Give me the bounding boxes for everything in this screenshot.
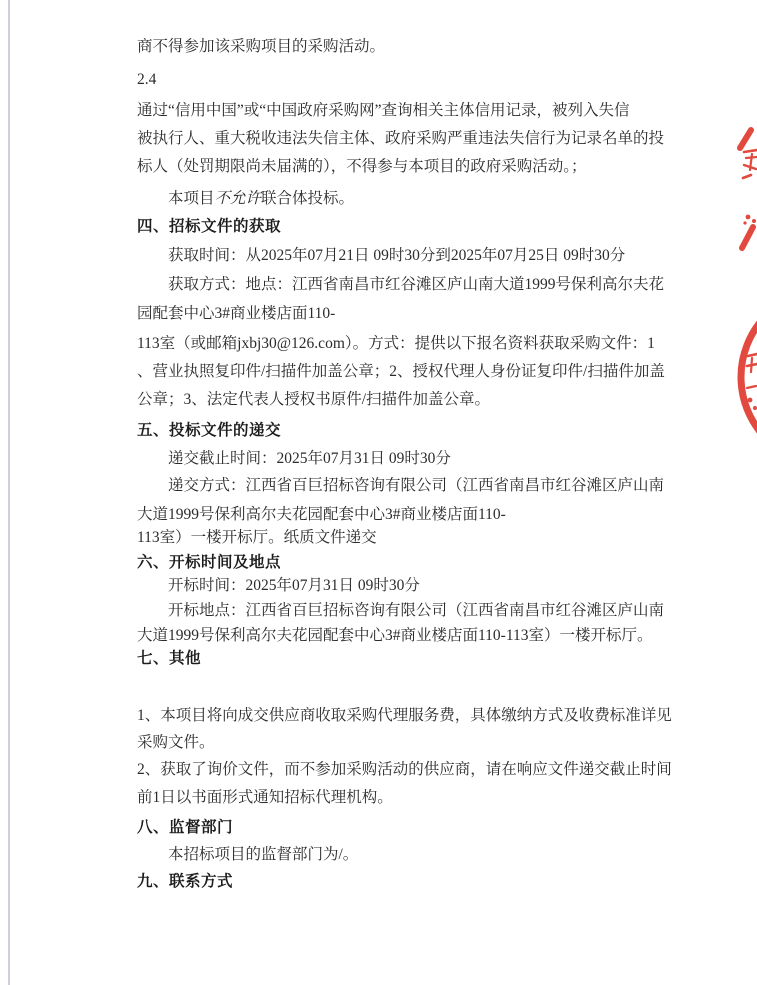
text-segment: 公章；3、法定代表人授权书原件/扫描件加盖公章。 xyxy=(137,391,490,408)
section-heading: 四、招标文件的获取 xyxy=(137,213,669,240)
text-segment: 、营业执照复印件/扫描件加盖公章；2、授权代理人身份证复印件/扫描件加盖 xyxy=(137,363,665,380)
text-segment: 七、其他 xyxy=(137,650,201,667)
text-segment: 前1日以书面形式通知招标代理机构。 xyxy=(137,789,393,806)
text-segment: 2、获取了询价文件，而不参加采购活动的供应商，请在响应文件递交截止时间 xyxy=(137,761,672,778)
document-line: 113室（或邮箱jxbj30@126.com）。方式：提供以下报名资料获取采购文… xyxy=(137,330,669,357)
text-segment: 本项目 xyxy=(168,190,215,207)
document-line: 通过“信用中国”或“中国政府采购网”查询相关主体信用记录，被列入失信 xyxy=(137,97,669,124)
text-segment: 不允许 xyxy=(215,190,262,207)
document-line: 前1日以书面形式通知招标代理机构。 xyxy=(137,784,669,811)
document-line: 园配套中心3#商业楼店面110- xyxy=(137,300,669,327)
document-line: 商不得参加该采购项目的采购活动。 xyxy=(137,33,669,60)
text-segment: 获取方式：地点：江西省南昌市红谷滩区庐山南大道1999号保利高尔夫花 xyxy=(168,276,664,293)
document-line: 大道1999号保利高尔夫花园配套中心3#商业楼店面110-113室）一楼开标厅。 xyxy=(137,622,669,649)
section-heading: 九、联系方式 xyxy=(137,868,669,895)
text-segment: 开标时间：2025年07月31日 09时30分 xyxy=(168,577,420,594)
scan-edge-line xyxy=(8,0,10,985)
text-segment: 六、开标时间及地点 xyxy=(137,554,281,571)
document-line: 采购文件。 xyxy=(137,729,669,756)
document-line: 被执行人、重大税收违法失信主体、政府采购严重违法失信行为记录名单的投 xyxy=(137,125,669,152)
document-line: 、营业执照复印件/扫描件加盖公章；2、授权代理人身份证复印件/扫描件加盖 xyxy=(137,358,669,385)
text-segment: 大道1999号保利高尔夫花园配套中心3#商业楼店面110- xyxy=(137,506,506,523)
text-segment: 获取时间：从2025年07月21日 09时30分到2025年07月25日 09时… xyxy=(168,247,625,264)
section-heading: 七、其他 xyxy=(137,645,669,672)
document-line: 获取方式：地点：江西省南昌市红谷滩区庐山南大道1999号保利高尔夫花 xyxy=(137,271,669,298)
document-line: 开标时间：2025年07月31日 09时30分 xyxy=(137,572,669,599)
text-segment: 四、招标文件的获取 xyxy=(137,218,281,235)
document-line: 获取时间：从2025年07月21日 09时30分到2025年07月25日 09时… xyxy=(137,242,669,269)
document-line: 1、本项目将向成交供应商收取采购代理服务费，具体缴纳方式及收费标准详见 xyxy=(137,702,669,729)
text-segment: 采购文件。 xyxy=(137,734,215,751)
text-segment: 八、监督部门 xyxy=(137,819,233,836)
text-segment: 1、本项目将向成交供应商收取采购代理服务费，具体缴纳方式及收费标准详见 xyxy=(137,707,672,724)
document-line: 递交方式：江西省百巨招标咨询有限公司（江西省南昌市红谷滩区庐山南 xyxy=(137,472,669,499)
document-line: 公章；3、法定代表人授权书原件/扫描件加盖公章。 xyxy=(137,386,669,413)
section-heading: 八、监督部门 xyxy=(137,814,669,841)
text-segment: 递交方式：江西省百巨招标咨询有限公司（江西省南昌市红谷滩区庐山南 xyxy=(168,477,664,494)
seal-stamp-top-icon xyxy=(740,130,757,248)
text-segment: 113室（或邮箱jxbj30@126.com）。方式：提供以下报名资料获取采购文… xyxy=(137,335,655,352)
document-line: 2、获取了询价文件，而不参加采购活动的供应商，请在响应文件递交截止时间 xyxy=(137,756,669,783)
text-segment: 递交截止时间：2025年07月31日 09时30分 xyxy=(168,450,451,467)
document-content: 商不得参加该采购项目的采购活动。2.4通过“信用中国”或“中国政府采购网”查询相… xyxy=(137,33,669,895)
seal-stamp-bottom-icon xyxy=(741,289,757,465)
scanned-document-page: 商不得参加该采购项目的采购活动。2.4通过“信用中国”或“中国政府采购网”查询相… xyxy=(0,0,757,985)
text-segment: 商不得参加该采购项目的采购活动。 xyxy=(137,38,385,55)
text-segment: 2.4 xyxy=(137,71,156,88)
text-segment: 大道1999号保利高尔夫花园配套中心3#商业楼店面110-113室）一楼开标厅。 xyxy=(137,627,653,644)
text-segment: 本招标项目的监督部门为/。 xyxy=(168,846,358,863)
text-segment: 开标地点：江西省百巨招标咨询有限公司（江西省南昌市红谷滩区庐山南 xyxy=(168,602,664,619)
document-line: 标人（处罚期限尚未届满的），不得参与本项目的政府采购活动。； xyxy=(137,153,669,180)
document-line: 本项目不允许联合体投标。 xyxy=(137,185,669,212)
text-segment: 通过“信用中国”或“中国政府采购网”查询相关主体信用记录，被列入失信 xyxy=(137,102,630,119)
document-line: 递交截止时间：2025年07月31日 09时30分 xyxy=(137,445,669,472)
document-line: 开标地点：江西省百巨招标咨询有限公司（江西省南昌市红谷滩区庐山南 xyxy=(137,597,669,624)
document-line: 113室）一楼开标厅。纸质文件递交 xyxy=(137,524,669,551)
text-segment: 联合体投标。 xyxy=(261,190,354,207)
text-segment: 113室）一楼开标厅。纸质文件递交 xyxy=(137,529,377,546)
section-heading: 五、投标文件的递交 xyxy=(137,417,669,444)
document-line: 本招标项目的监督部门为/。 xyxy=(137,841,669,868)
text-segment: 五、投标文件的递交 xyxy=(137,422,281,439)
text-segment: 被执行人、重大税收违法失信主体、政府采购严重违法失信行为记录名单的投 xyxy=(137,130,664,147)
text-segment: 标人（处罚期限尚未届满的），不得参与本项目的政府采购活动。； xyxy=(137,158,587,175)
document-line: 2.4 xyxy=(137,66,669,93)
text-segment: 九、联系方式 xyxy=(137,873,233,890)
text-segment: 园配套中心3#商业楼店面110- xyxy=(137,305,335,322)
